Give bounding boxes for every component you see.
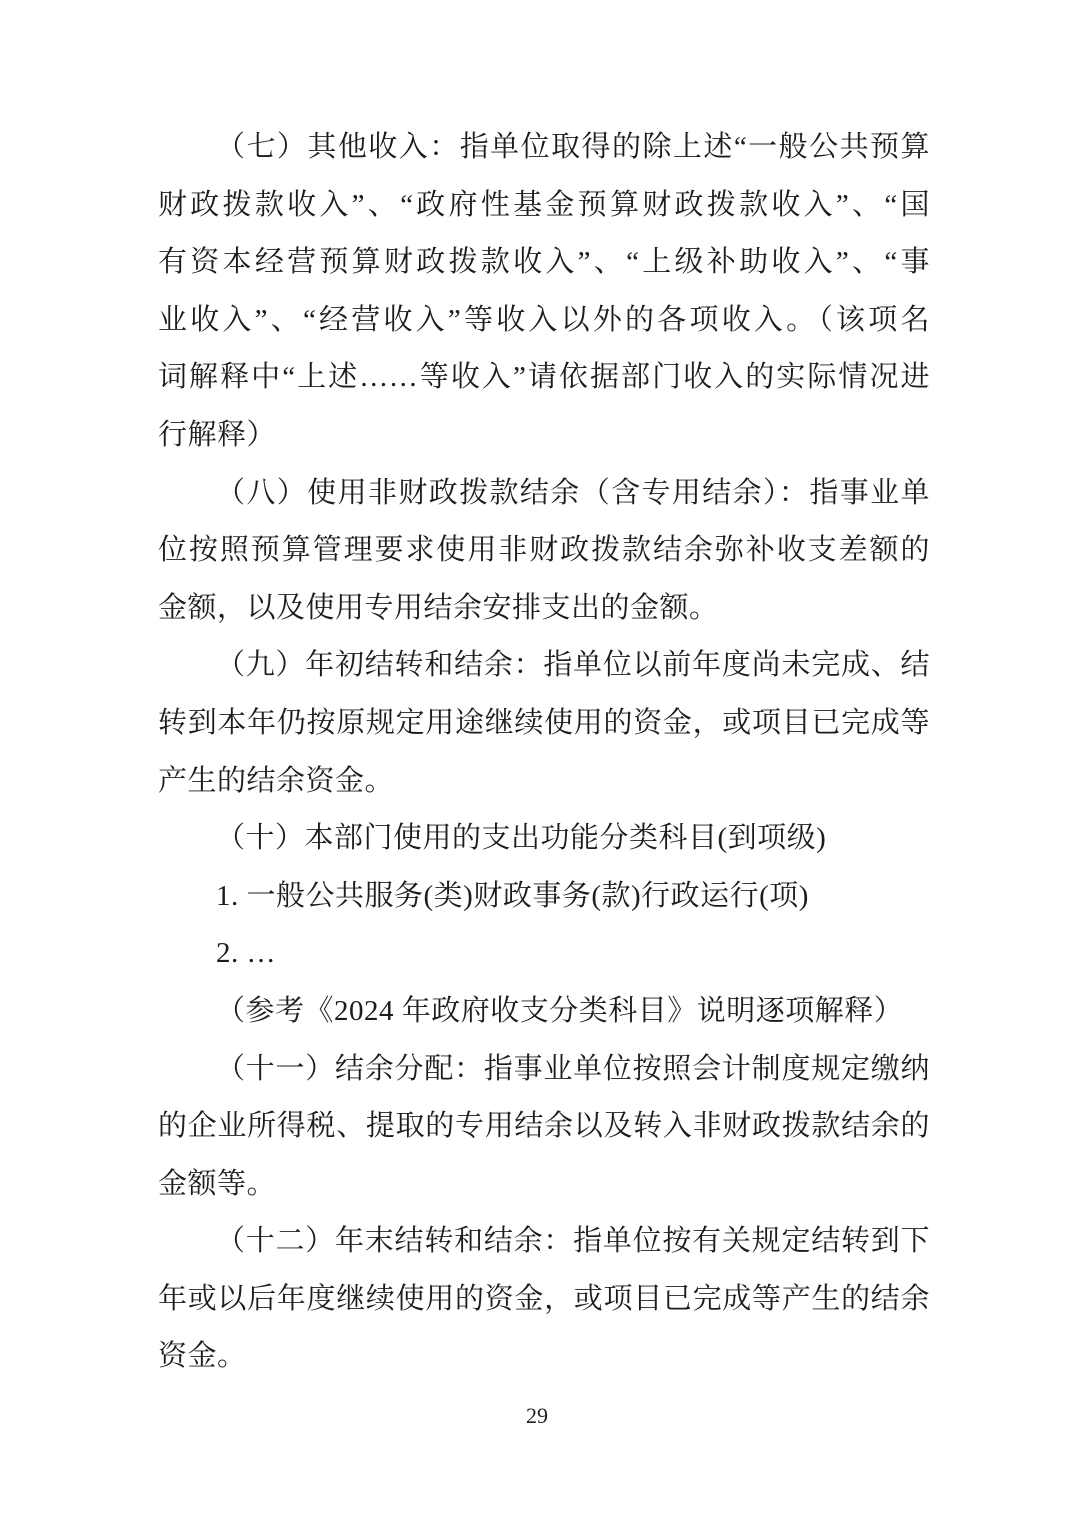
text-line: 的企业所得税、提取的专用结余以及转入非财政拨款结余的 — [158, 1098, 930, 1156]
document-body: （七）其他收入：指单位取得的除上述“一般公共预算财政拨款收入”、“政府性基金预算… — [158, 119, 930, 1386]
text-line: 位按照预算管理要求使用非财政拨款结余弥补收支差额的 — [158, 522, 930, 580]
text-line: （十二）年末结转和结余：指单位按有关规定结转到下 — [158, 1213, 930, 1271]
text-line: 金额，以及使用专用结余安排支出的金额。 — [158, 580, 930, 638]
text-line: 转到本年仍按原规定用途继续使用的资金，或项目已完成等 — [158, 695, 930, 753]
text-line: 行解释） — [158, 407, 930, 465]
text-line: （十一）结余分配：指事业单位按照会计制度规定缴纳 — [158, 1041, 930, 1099]
page-number: 29 — [0, 1398, 1074, 1434]
text-line: （参考《2024 年政府收支分类科目》说明逐项解释） — [158, 983, 930, 1041]
text-line: 金额等。 — [158, 1156, 930, 1214]
text-line: 资金。 — [158, 1328, 930, 1386]
text-line: 1. 一般公共服务(类)财政事务(款)行政运行(项) — [158, 868, 930, 926]
text-line: （八）使用非财政拨款结余（含专用结余）：指事业单 — [158, 465, 930, 523]
text-line: 业收入”、“经营收入”等收入以外的各项收入。（该项名 — [158, 292, 930, 350]
text-line: 产生的结余资金。 — [158, 753, 930, 811]
text-line: 有资本经营预算财政拨款收入”、“上级补助收入”、“事 — [158, 234, 930, 292]
text-line: 财政拨款收入”、“政府性基金预算财政拨款收入”、“国 — [158, 177, 930, 235]
document-page: （七）其他收入：指单位取得的除上述“一般公共预算财政拨款收入”、“政府性基金预算… — [0, 0, 1074, 1520]
text-line: 词解释中“上述……等收入”请依据部门收入的实际情况进 — [158, 349, 930, 407]
text-line: 年或以后年度继续使用的资金，或项目已完成等产生的结余 — [158, 1271, 930, 1329]
text-line: （七）其他收入：指单位取得的除上述“一般公共预算 — [158, 119, 930, 177]
text-line: （九）年初结转和结余：指单位以前年度尚未完成、结 — [158, 637, 930, 695]
text-line: （十）本部门使用的支出功能分类科目(到项级) — [158, 810, 930, 868]
text-line: 2. … — [158, 925, 930, 983]
